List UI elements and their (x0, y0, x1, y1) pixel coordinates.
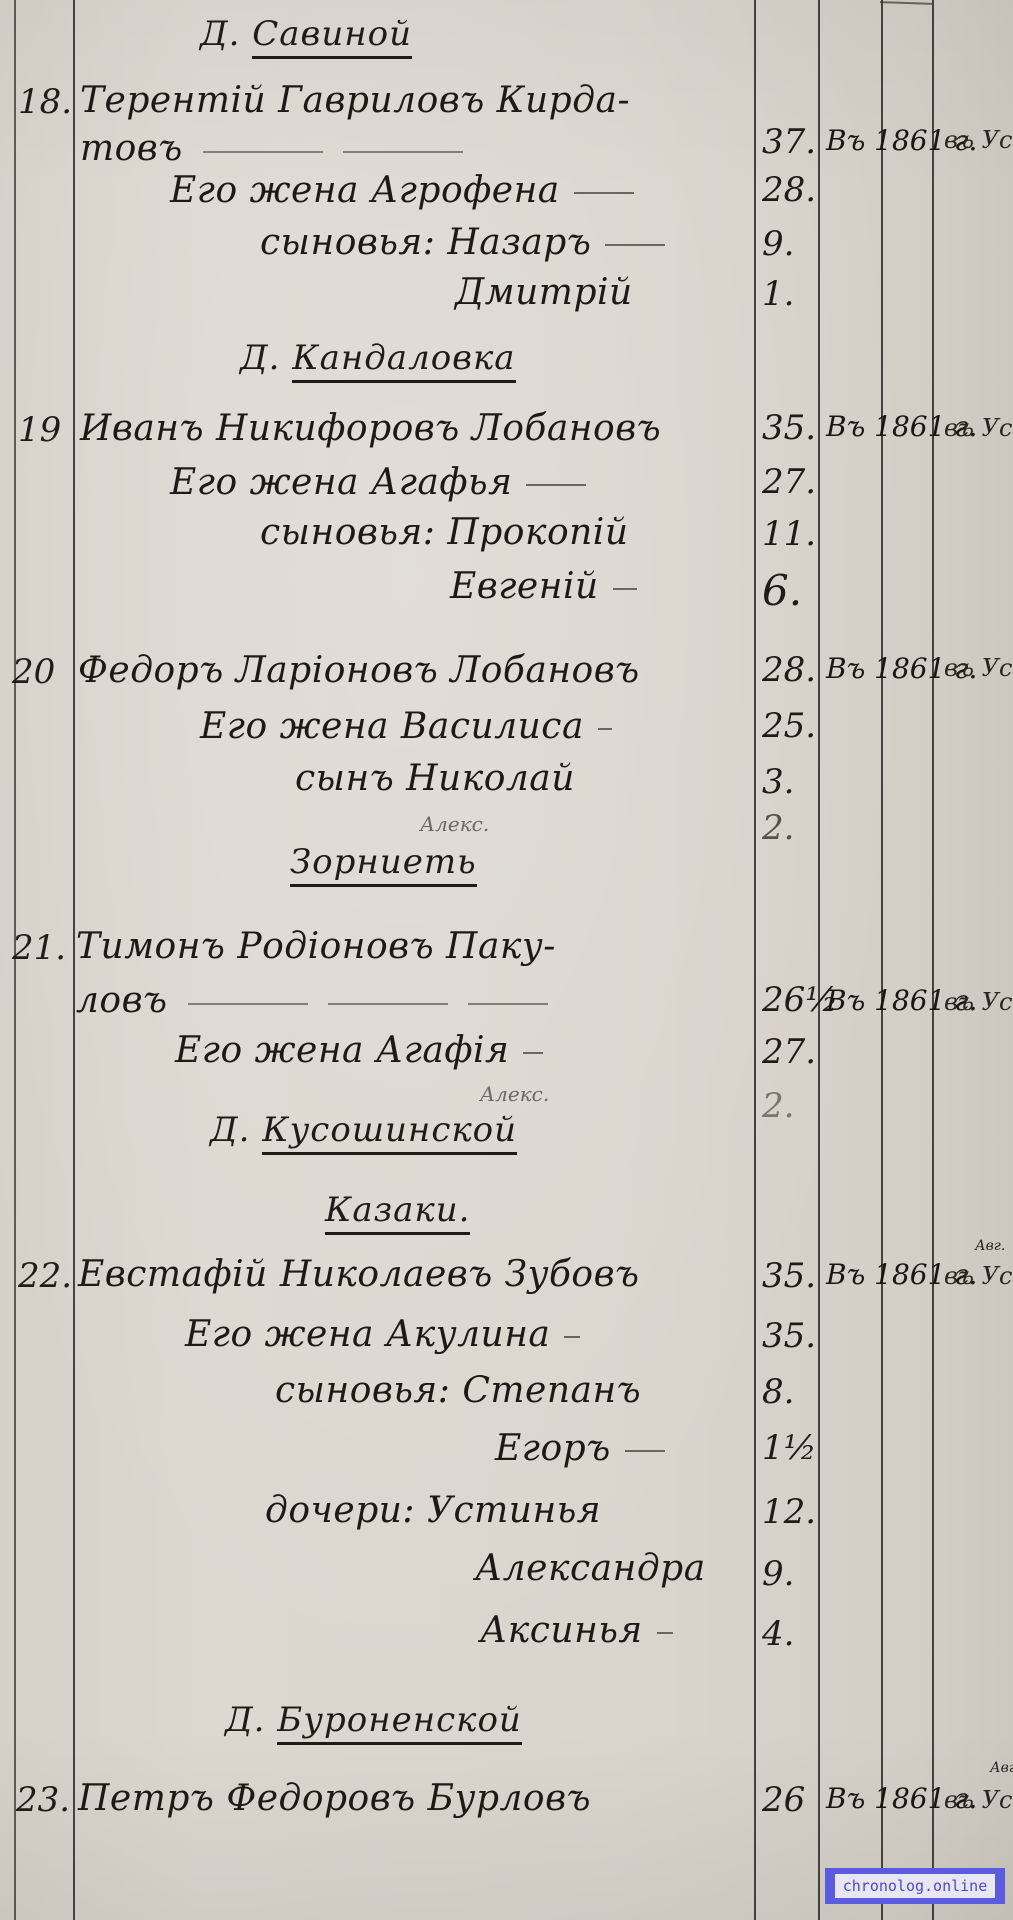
child-line: сыновья: Прокопій (260, 512, 629, 553)
entry-number: 18. (18, 82, 72, 122)
margin-annotation: Авг. (990, 1760, 1013, 1776)
column-rule-number (73, 0, 75, 1920)
note-value: въ Ус. (944, 1786, 1013, 1814)
entry-name-line: Евстафій Николаевъ Зубовъ (78, 1254, 640, 1295)
watermark-text: chronolog.online (835, 1874, 996, 1898)
entry-name-line: ловъ (76, 980, 548, 1021)
entry-name-line: Терентій Гавриловъ Кирда- (80, 80, 630, 121)
wife-line: Его жена Агафія (175, 1030, 543, 1071)
age-value: 11. (762, 514, 816, 554)
top-rule (880, 1, 932, 5)
entry-number: 23. (16, 1780, 70, 1820)
entry-name-line: Федоръ Ларіоновъ Лобановъ (78, 650, 640, 691)
age-value: 4. (762, 1614, 794, 1654)
section-heading: Д. Кусошинской (210, 1110, 517, 1150)
age-value: 35. (762, 1256, 816, 1296)
section-heading: Д. Савиной (200, 14, 412, 54)
age-value: 35. (762, 1316, 816, 1356)
entry-name-line: Иванъ Никифоровъ Лобановъ (80, 408, 661, 449)
child-line: Евгеній (450, 566, 637, 607)
child-line: сыновья: Назаръ (260, 222, 665, 263)
age-value: 1. (762, 274, 794, 314)
section-heading: Д. Буроненской (225, 1700, 522, 1740)
wife-line: Его жена Акулина (185, 1314, 580, 1355)
age-value-pencil: 2. (762, 1086, 794, 1126)
column-rule-name (754, 0, 756, 1920)
section-heading: Казаки. (325, 1190, 470, 1230)
margin-annotation: Авг. (975, 1238, 1005, 1254)
child-line: дочери: Устинья (265, 1490, 601, 1531)
age-value: 27. (762, 1032, 816, 1072)
section-heading: Зорниеть (290, 842, 477, 882)
entry-number: 22. (18, 1256, 72, 1296)
wife-line: Его жена Агафья (170, 462, 586, 503)
note-value: въ Ус. (944, 654, 1013, 682)
age-value: 1½ (762, 1428, 817, 1468)
entry-number: 20 (12, 652, 55, 692)
age-value: 28. (762, 650, 816, 690)
note-value: въ Ус. (944, 126, 1013, 154)
age-value: 9. (762, 224, 794, 264)
age-value: 26 (762, 1780, 805, 1820)
pencil-annotation: Алекс. (480, 1082, 549, 1106)
entry-number: 21. (12, 928, 66, 968)
wife-line: Его жена Василиса (200, 706, 612, 747)
child-line: Александра (475, 1548, 706, 1589)
age-value: 28. (762, 170, 816, 210)
note-value: въ Ус. (944, 988, 1013, 1016)
age-value: 25. (762, 706, 816, 746)
age-value: 3. (762, 762, 794, 802)
child-line: Дмитрій (455, 272, 633, 313)
entry-name-line: Тимонъ Родіоновъ Паку- (76, 926, 556, 967)
age-value: 9. (762, 1554, 794, 1594)
child-line: Аксинья (480, 1610, 673, 1651)
age-value: 6. (762, 566, 802, 615)
age-value: 27. (762, 462, 816, 502)
note-value: въ Ус. (944, 1262, 1013, 1290)
child-line: сыновья: Степанъ (275, 1370, 641, 1411)
age-value: 37. (762, 122, 816, 162)
entry-name-line: товъ (80, 128, 463, 169)
pencil-annotation: Алекс. (420, 812, 489, 836)
column-rule-year2 (932, 0, 934, 1920)
age-value: 12. (762, 1492, 816, 1532)
wife-line: Его жена Агрофена (170, 170, 634, 211)
column-rule-year (881, 0, 883, 1920)
age-value-pencil: 2. (762, 808, 794, 848)
age-value: 35. (762, 408, 816, 448)
child-line: сынъ Николай (295, 758, 575, 799)
watermark-badge: chronolog.online (825, 1868, 1005, 1904)
entry-name-line: Петръ Федоровъ Бурловъ (78, 1778, 591, 1819)
section-heading: Д. Кандаловка (240, 338, 516, 378)
child-line: Егоръ (495, 1428, 665, 1469)
age-value: 8. (762, 1372, 794, 1412)
column-rule-age (818, 0, 820, 1920)
note-value: въ Ус. (944, 414, 1013, 442)
entry-number: 19 (18, 410, 61, 450)
